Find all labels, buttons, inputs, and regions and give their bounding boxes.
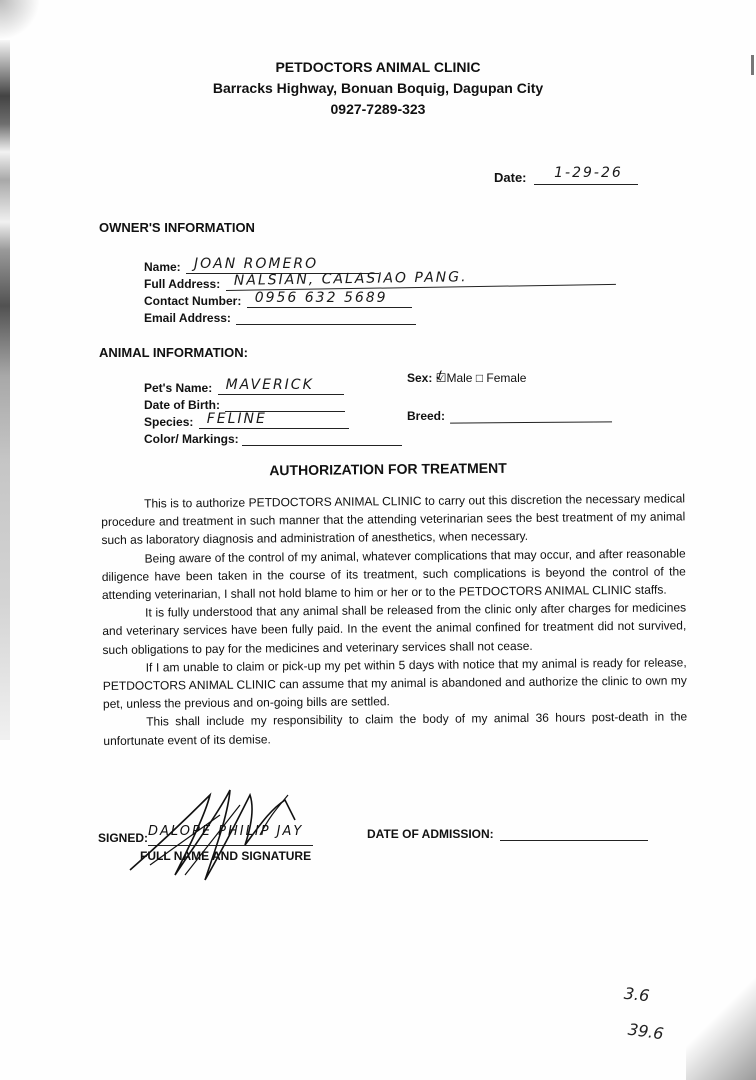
owner-contact-value: 0956 632 5689 [255, 290, 388, 306]
animal-section-title: ANIMAL INFORMATION: [99, 345, 248, 360]
pet-name-field: Pet's Name: MAVERICK [144, 380, 344, 395]
date-input[interactable]: 1-29-26 [534, 170, 638, 185]
sex-label: Sex: [407, 371, 432, 385]
check-mark-icon: ✓ [431, 366, 448, 386]
dob-label: Date of Birth: [144, 398, 220, 412]
authorization-paragraph: Being aware of the control of my animal,… [102, 544, 686, 604]
owner-contact-input[interactable]: 0956 632 5689 [247, 293, 412, 308]
clinic-name: PETDOCTORS ANIMAL CLINIC [0, 57, 756, 78]
owner-name-value: JOAN ROMERO [194, 256, 318, 272]
authorization-paragraph: If I am unable to claim or pick-up my pe… [103, 653, 687, 713]
breed-field: Breed: [407, 408, 612, 423]
photo-edge-left [0, 40, 10, 740]
owner-email-field: Email Address: [144, 310, 416, 325]
owner-email-input[interactable] [236, 310, 416, 325]
pet-name-input[interactable]: MAVERICK [218, 380, 344, 395]
sex-male-label: Male [446, 371, 472, 385]
species-value: FELINE [207, 411, 267, 427]
date-field: Date: 1-29-26 [494, 170, 638, 185]
authorization-body: This is to authorize PETDOCTORS ANIMAL C… [101, 489, 687, 749]
owner-name-label: Name: [144, 260, 181, 274]
owner-address-input[interactable]: NALSIAN, CALASIAO PANG. [225, 270, 615, 291]
owner-contact-field: Contact Number: 0956 632 5689 [144, 293, 412, 308]
date-of-admission-label: DATE OF ADMISSION: [367, 827, 494, 841]
authorization-title: AUTHORIZATION FOR TREATMENT [0, 457, 756, 481]
species-field: Species: FELINE [144, 414, 349, 429]
species-label: Species: [144, 415, 193, 429]
species-input[interactable]: FELINE [199, 414, 349, 429]
handwritten-note: 39.6 [627, 1020, 665, 1044]
date-label: Date: [494, 170, 527, 185]
photo-edge-shadow [0, 0, 40, 40]
photo-edge-shadow-bottom [686, 960, 756, 1080]
clinic-phone: 0927-7289-323 [0, 99, 756, 120]
clinic-header: PETDOCTORS ANIMAL CLINIC Barracks Highwa… [0, 57, 756, 120]
breed-input[interactable] [450, 407, 612, 423]
pet-name-label: Pet's Name: [144, 381, 212, 395]
owner-contact-label: Contact Number: [144, 294, 241, 308]
owner-address-label: Full Address: [144, 277, 220, 291]
owner-email-label: Email Address: [144, 311, 231, 325]
date-of-admission-field: DATE OF ADMISSION: [367, 826, 648, 841]
sex-female-label: Female [486, 371, 526, 385]
owner-address-value: NALSIAN, CALASIAO PANG. [233, 269, 467, 289]
owner-section-title: OWNER'S INFORMATION [99, 220, 255, 235]
signature-scribble-icon [110, 775, 350, 890]
pet-name-value: MAVERICK [226, 377, 314, 393]
dob-field: Date of Birth: [144, 397, 345, 412]
handwritten-note: 3.6 [623, 984, 650, 1006]
sex-field: Sex: ☑✓Male □ Female [407, 371, 526, 385]
color-markings-label: Color/ Markings: [144, 432, 239, 446]
authorization-paragraph: It is fully understood that any animal s… [102, 599, 686, 659]
date-value: 1-29-26 [554, 165, 623, 181]
sex-female-checkbox[interactable]: □ [476, 371, 483, 385]
sex-male-checkbox[interactable]: ☑✓ [436, 371, 447, 385]
dob-input[interactable] [225, 397, 345, 412]
color-markings-input[interactable] [242, 431, 402, 446]
authorization-paragraph: This is to authorize PETDOCTORS ANIMAL C… [101, 489, 685, 549]
document-page: PETDOCTORS ANIMAL CLINIC Barracks Highwa… [0, 0, 756, 1080]
breed-label: Breed: [407, 409, 445, 423]
clinic-address: Barracks Highway, Bonuan Boquig, Dagupan… [0, 78, 756, 99]
color-markings-field: Color/ Markings: [144, 431, 402, 446]
authorization-paragraph: This shall include my responsibility to … [103, 708, 687, 750]
date-of-admission-input[interactable] [500, 826, 648, 841]
owner-address-field: Full Address: NALSIAN, CALASIAO PANG. [144, 276, 616, 291]
